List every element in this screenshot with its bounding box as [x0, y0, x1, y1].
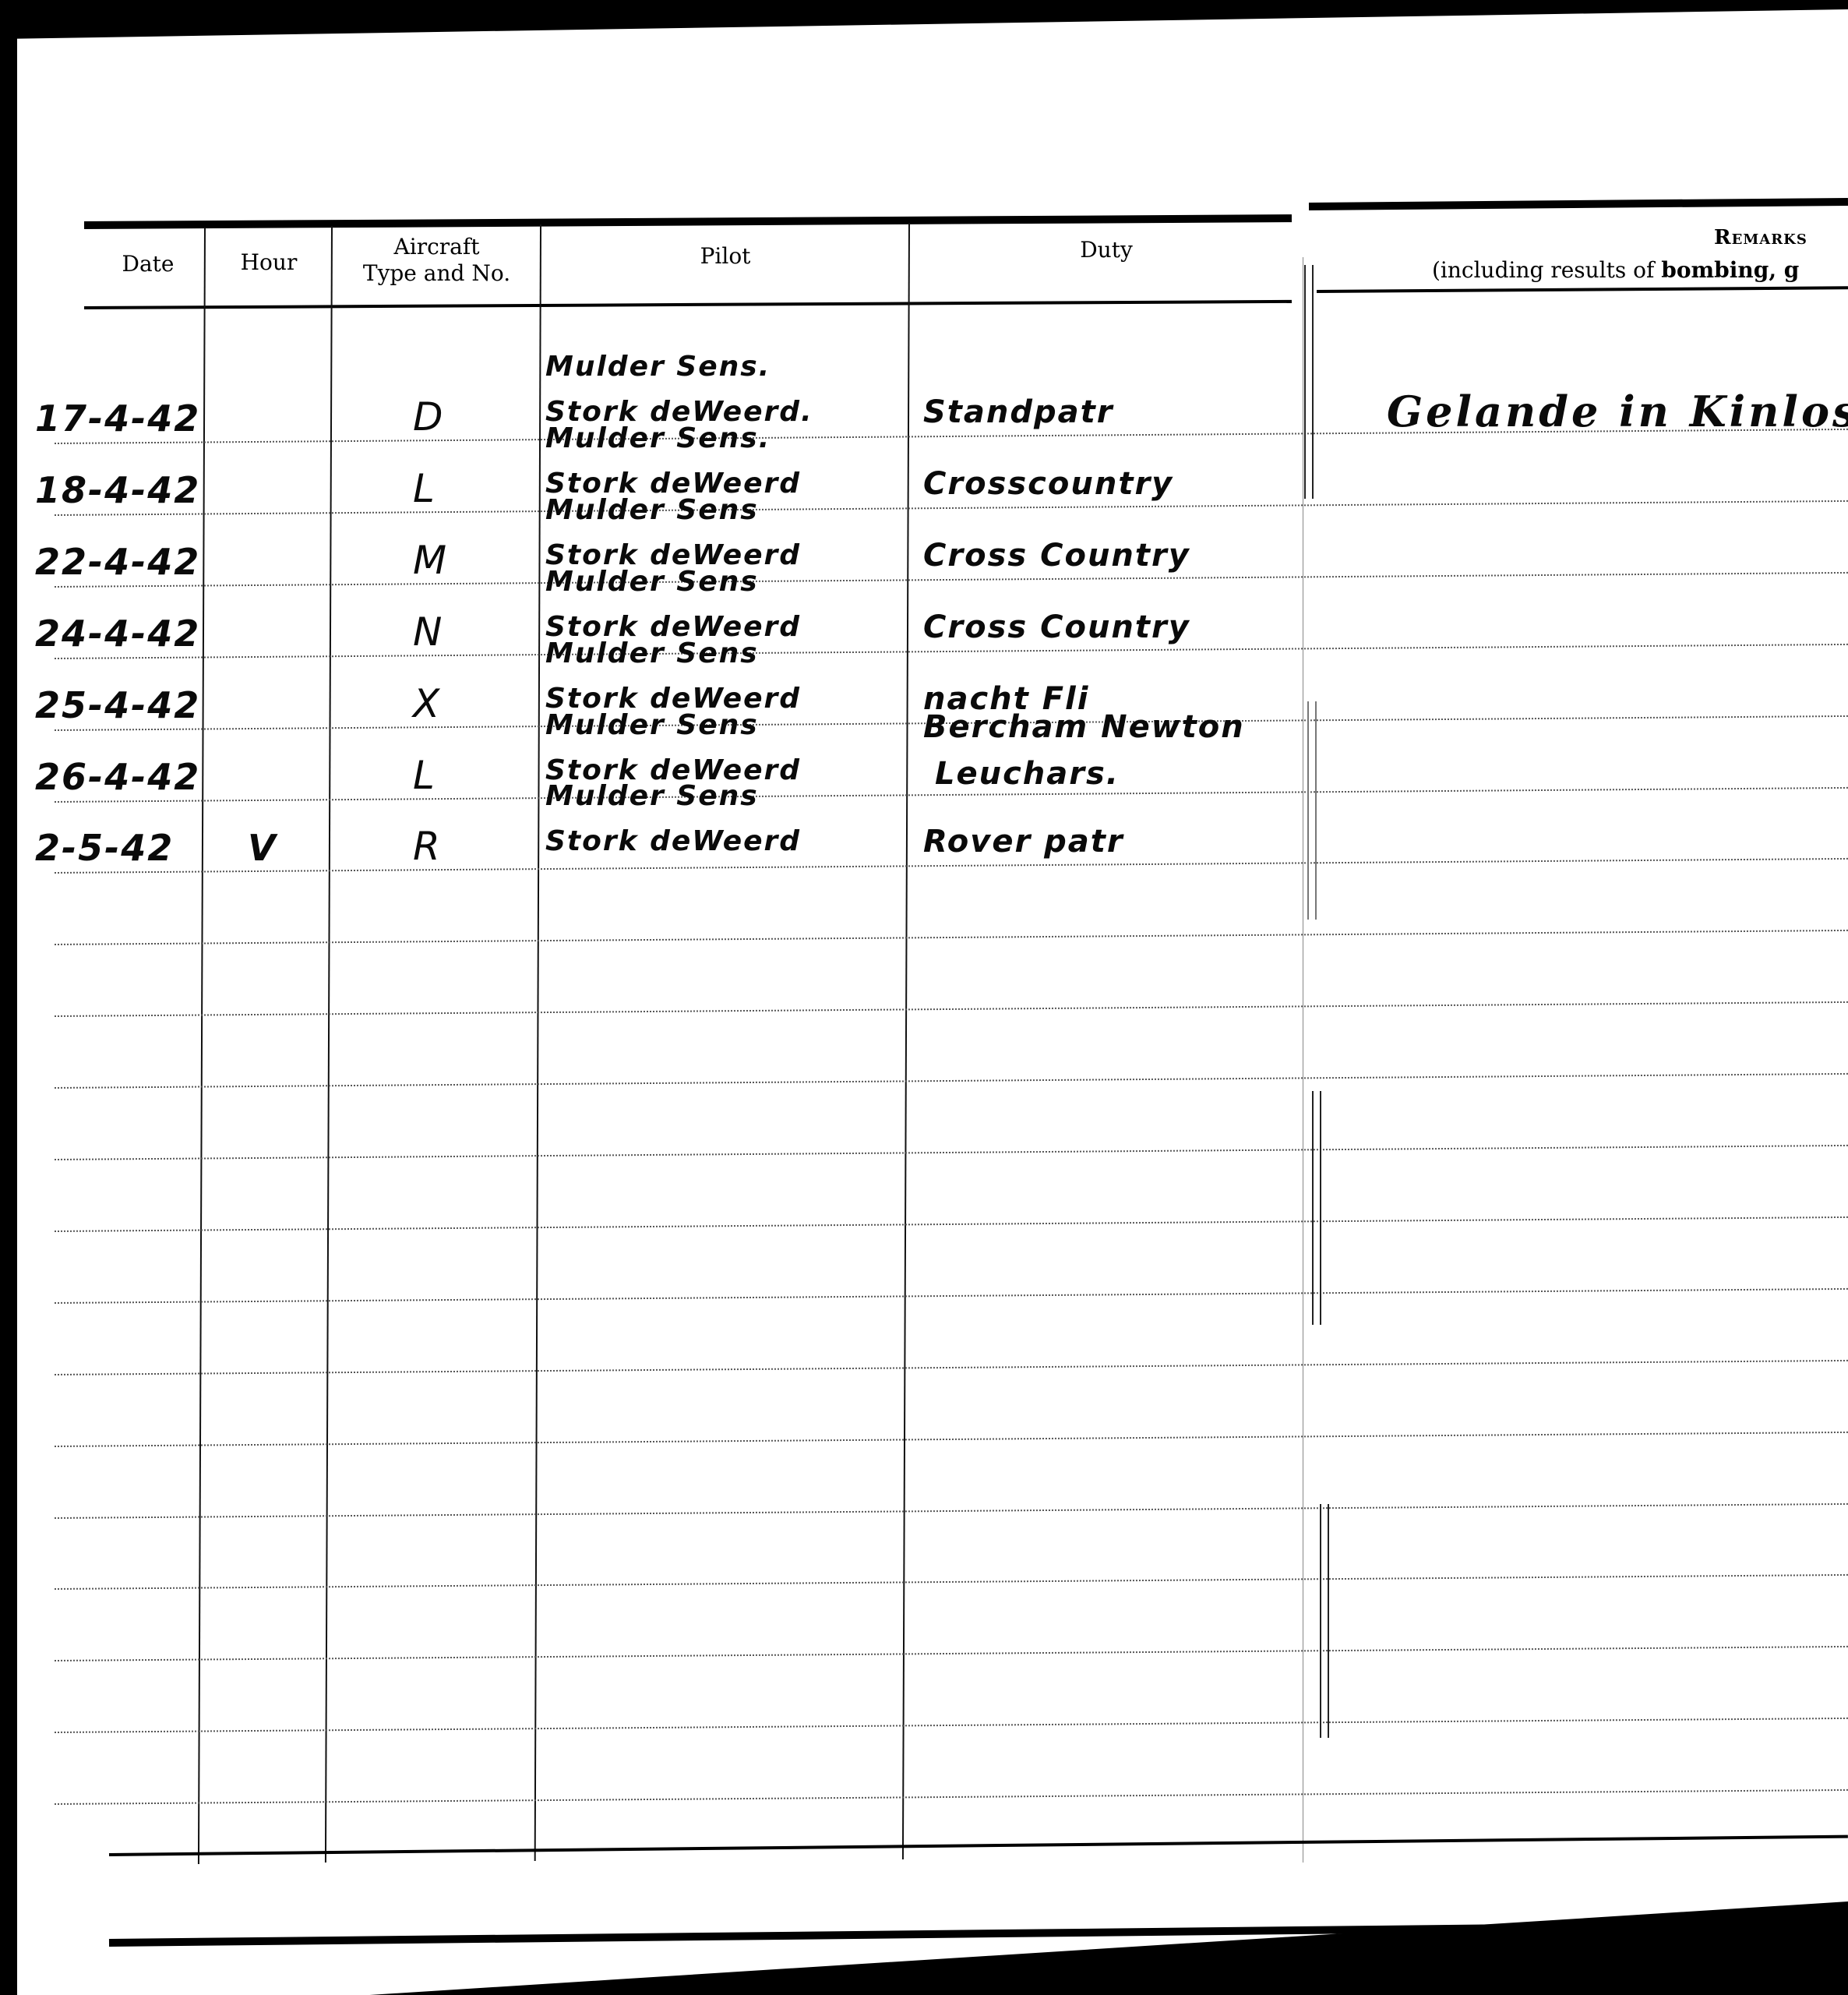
column-header-pilot: Pilot	[542, 243, 908, 270]
binding-clip-4	[1320, 1504, 1329, 1738]
entry-aircraft: R	[413, 824, 442, 869]
divider-hour-aircraft	[325, 226, 333, 1863]
entry-date: 24-4-42	[35, 613, 200, 655]
ruled-line	[55, 1574, 1848, 1590]
entry-duty: Bercham Newton	[923, 709, 1245, 745]
divider-aircraft-pilot	[534, 224, 541, 1861]
ruled-line	[55, 1073, 1848, 1089]
column-header-remarks: Remarks	[1714, 226, 1807, 249]
ruled-line	[55, 1216, 1848, 1232]
scan-border-bottom	[0, 1901, 1848, 1995]
ruled-line	[55, 1789, 1848, 1805]
ruled-line	[55, 1001, 1848, 1017]
entry-aircraft: M	[413, 538, 448, 583]
header-top-rule-left	[84, 214, 1292, 229]
remarks-subtitle-bold: bombing, g	[1661, 257, 1799, 283]
column-header-date: Date	[93, 251, 203, 277]
ruled-line	[55, 1502, 1848, 1518]
entry-remarks: Gelande in Kinloss	[1387, 387, 1848, 436]
entry-pilot-1: Mulder Sens.	[545, 422, 771, 454]
entry-date: 26-4-42	[35, 756, 200, 798]
divider-duty-remarks	[1303, 257, 1303, 1863]
ruled-line	[55, 1288, 1848, 1304]
header-top-rule-right	[1309, 198, 1848, 210]
binding-clip-1	[1304, 265, 1314, 499]
ruled-line	[55, 500, 1848, 516]
entry-date: 2-5-42	[35, 827, 174, 869]
entry-pilot-2: Stork deWeerd	[545, 825, 801, 857]
ruled-line	[55, 930, 1848, 945]
entry-aircraft: X	[413, 681, 441, 726]
entry-duty: Cross Country	[923, 609, 1190, 645]
entry-date: 25-4-42	[35, 684, 200, 726]
column-header-remarks-subtitle: (including results of bombing, g	[1432, 257, 1799, 283]
header-bottom-rule-left	[84, 300, 1292, 309]
entry-aircraft: N	[413, 609, 443, 655]
binding-clip-2	[1307, 701, 1317, 920]
entry-duty: Cross Country	[923, 538, 1190, 574]
column-header-hour: Hour	[206, 249, 331, 276]
footer-top-rule	[109, 1835, 1848, 1856]
column-header-aircraft-line2: Type and No.	[333, 260, 540, 287]
column-header-duty: Duty	[912, 237, 1301, 263]
entry-date: 17-4-42	[35, 397, 200, 440]
ruled-line	[55, 858, 1848, 874]
scan-border-top	[0, 0, 1848, 47]
ruled-line	[55, 572, 1848, 588]
entry-pilot-1: Mulder Sens	[545, 637, 759, 669]
entry-duty: Crosscountry	[923, 466, 1173, 502]
entry-pilot-1: Mulder Sens	[545, 780, 759, 812]
binding-clip-3	[1312, 1091, 1321, 1325]
entry-date: 18-4-42	[35, 469, 200, 511]
entry-hour: V	[248, 827, 277, 869]
column-header-aircraft-line1: Aircraft	[333, 234, 540, 260]
ruled-line	[55, 1145, 1848, 1160]
entry-pilot-1: Mulder Sens.	[545, 351, 771, 383]
ruled-line	[55, 1718, 1848, 1733]
entry-duty: Standpatr	[923, 394, 1114, 430]
entry-aircraft: L	[413, 753, 436, 798]
entry-pilot-1: Mulder Sens	[545, 566, 759, 598]
entry-duty: Rover patr	[923, 824, 1124, 860]
entry-pilot-1: Mulder Sens	[545, 709, 759, 741]
entry-aircraft: D	[413, 394, 445, 440]
entry-aircraft: L	[413, 466, 436, 511]
remarks-subtitle-plain: (including results of	[1432, 257, 1661, 283]
ruled-line	[55, 1432, 1848, 1447]
entry-pilot-1: Mulder Sens	[545, 494, 759, 526]
scan-border-left	[0, 0, 17, 1995]
header-bottom-rule-right	[1317, 286, 1848, 293]
entry-duty-2: Leuchars.	[935, 756, 1120, 792]
divider-pilot-duty	[902, 223, 910, 1859]
ruled-line	[55, 1646, 1848, 1661]
ruled-line	[55, 1360, 1848, 1375]
ruled-line	[55, 644, 1848, 659]
entry-date: 22-4-42	[35, 541, 200, 583]
